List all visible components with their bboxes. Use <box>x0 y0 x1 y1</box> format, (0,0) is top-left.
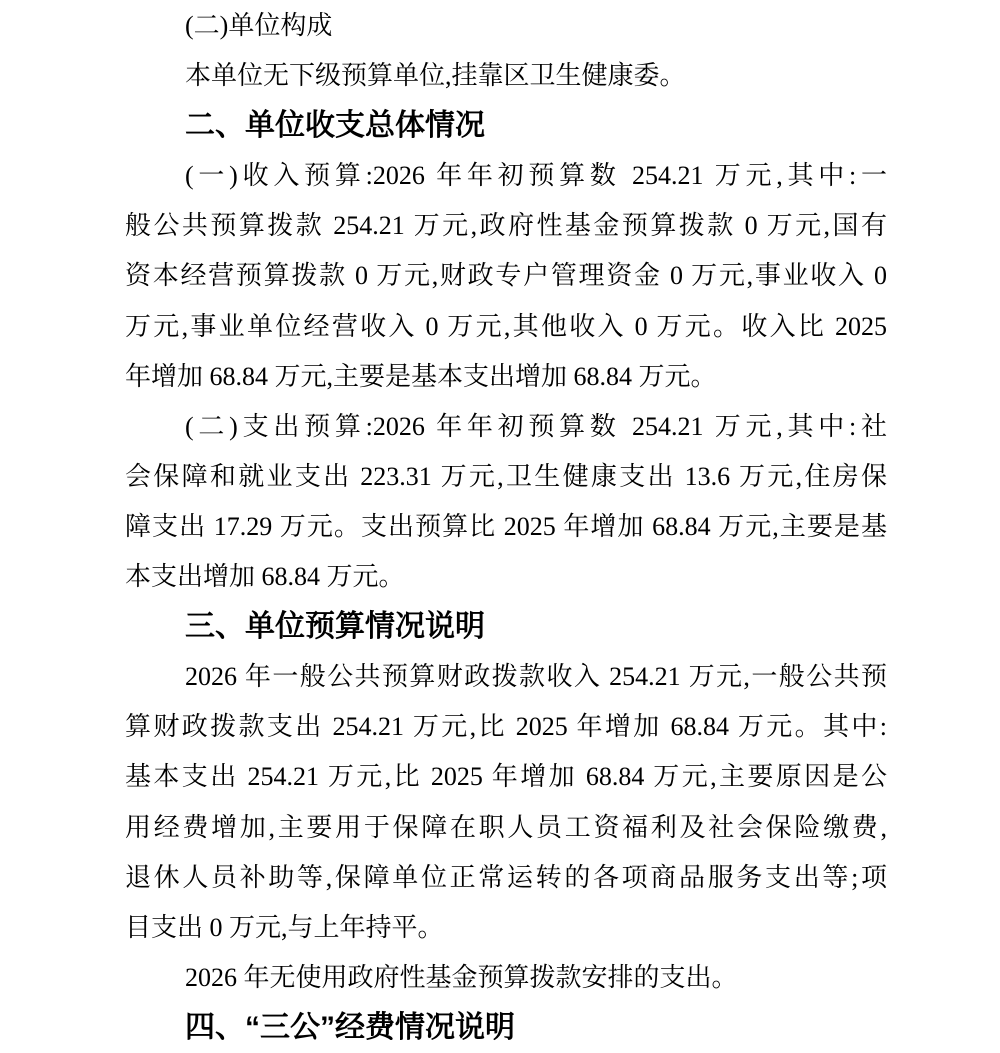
para-income-budget-line-5: 年增加 68.84 万元,主要是基本支出增加 68.84 万元。 <box>125 352 887 402</box>
document-text-area: (二)单位构成 本单位无下级预算单位,挂靠区卫生健康委。 二、单位收支总体情况 … <box>125 1 887 1053</box>
para-expenditure-budget-line-2: 会保障和就业支出 223.31 万元,卫生健康支出 13.6 万元,住房保 <box>125 452 887 502</box>
document-page: (二)单位构成 本单位无下级预算单位,挂靠区卫生健康委。 二、单位收支总体情况 … <box>0 0 1000 1053</box>
para-expenditure-budget-line-1: (二)支出预算:2026 年年初预算数 254.21 万元,其中:社 <box>125 402 887 452</box>
subsection-heading-unit-composition: (二)单位构成 <box>125 1 887 51</box>
section-heading-4-three-public-expenses: 四、“三公”经费情况说明 <box>125 1003 887 1053</box>
para-income-budget-line-4: 万元,事业单位经营收入 0 万元,其他收入 0 万元。收入比 2025 <box>125 302 887 352</box>
para-unit-composition: 本单位无下级预算单位,挂靠区卫生健康委。 <box>125 51 887 101</box>
para-budget-explanation-line-1: 2026 年一般公共预算财政拨款收入 254.21 万元,一般公共预 <box>125 652 887 702</box>
para-expenditure-budget-line-3: 障支出 17.29 万元。支出预算比 2025 年增加 68.84 万元,主要是… <box>125 502 887 552</box>
para-gov-fund-expenditure: 2026 年无使用政府性基金预算拨款安排的支出。 <box>125 953 887 1003</box>
para-budget-explanation-line-6: 目支出 0 万元,与上年持平。 <box>125 903 887 953</box>
para-budget-explanation-line-3: 基本支出 254.21 万元,比 2025 年增加 68.84 万元,主要原因是… <box>125 752 887 802</box>
section-heading-2-income-expenditure-overview: 二、单位收支总体情况 <box>125 101 887 151</box>
para-expenditure-budget-line-4: 本支出增加 68.84 万元。 <box>125 552 887 602</box>
para-budget-explanation-line-4: 用经费增加,主要用于保障在职人员工资福利及社会保险缴费, <box>125 803 887 853</box>
para-income-budget-line-2: 般公共预算拨款 254.21 万元,政府性基金预算拨款 0 万元,国有 <box>125 201 887 251</box>
section-heading-3-budget-explanation: 三、单位预算情况说明 <box>125 602 887 652</box>
para-income-budget-line-3: 资本经营预算拨款 0 万元,财政专户管理资金 0 万元,事业收入 0 <box>125 251 887 301</box>
para-budget-explanation-line-5: 退休人员补助等,保障单位正常运转的各项商品服务支出等;项 <box>125 853 887 903</box>
para-budget-explanation-line-2: 算财政拨款支出 254.21 万元,比 2025 年增加 68.84 万元。其中… <box>125 702 887 752</box>
para-income-budget-line-1: (一)收入预算:2026 年年初预算数 254.21 万元,其中:一 <box>125 151 887 201</box>
